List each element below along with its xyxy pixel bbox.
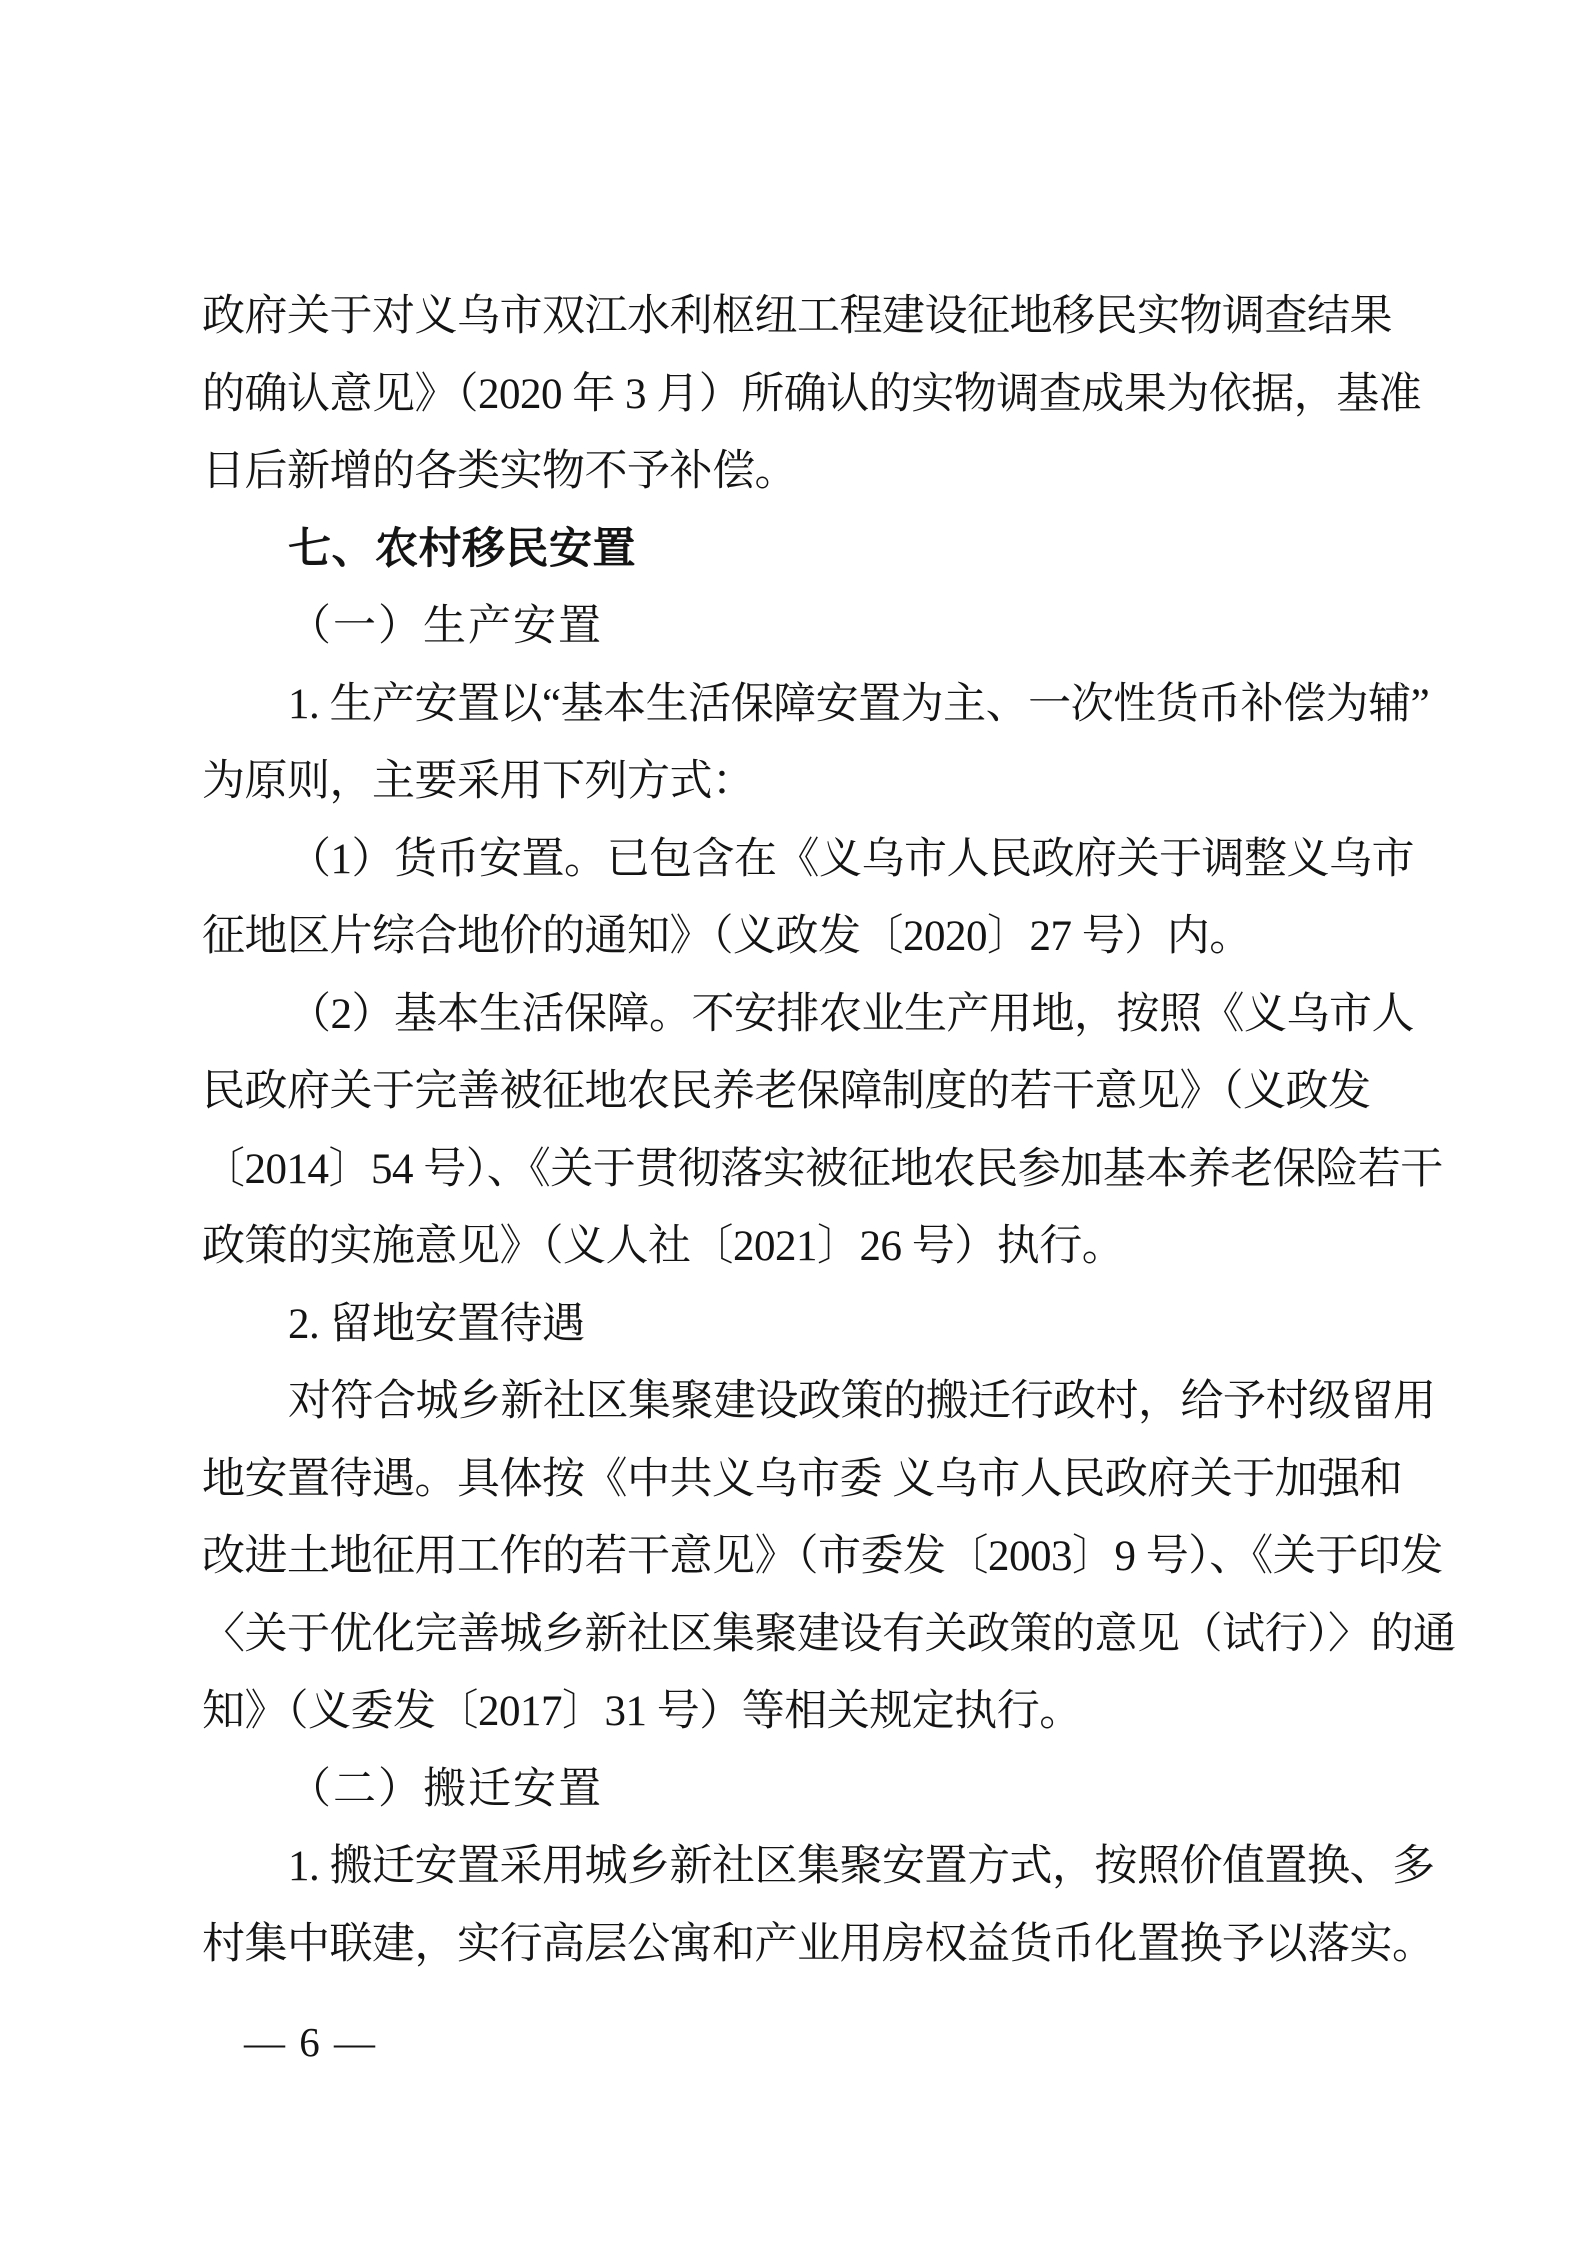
text-line: 政策的实施意见》（义人社〔2021〕26 号）执行。 — [202, 1208, 1402, 1286]
text-line: 的确认意见》（2020 年 3 月）所确认的实物调查成果为依据，基准 — [202, 356, 1402, 434]
text-line: 征地区片综合地价的通知》（义政发〔2020〕27 号）内。 — [202, 898, 1402, 976]
document-body: 政府关于对义乌市双江水利枢纽工程建设征地移民实物调查结果的确认意见》（2020 … — [202, 278, 1402, 1983]
text-line: 知》（义委发〔2017〕31 号）等相关规定执行。 — [202, 1673, 1402, 1751]
text-line: 对符合城乡新社区集聚建设政策的搬迁行政村，给予村级留用 — [202, 1363, 1402, 1441]
subsection-heading: （一）生产安置 — [202, 588, 1402, 666]
page-number: — 6 — — [244, 2012, 377, 2072]
text-line: 村集中联建，实行高层公寓和产业用房权益货币化置换予以落实。 — [202, 1906, 1402, 1984]
text-line: 〈关于优化完善城乡新社区集聚建设有关政策的意见（试行）〉的通 — [202, 1596, 1402, 1674]
text-line: 日后新增的各类实物不予补偿。 — [202, 433, 1402, 511]
text-line: 地安置待遇。具体按《中共义乌市委 义乌市人民政府关于加强和 — [202, 1441, 1402, 1519]
section-heading: 七、农村移民安置 — [202, 511, 1402, 589]
text-line: 民政府关于完善被征地农民养老保障制度的若干意见》（义政发 — [202, 1053, 1402, 1131]
text-line: 2. 留地安置待遇 — [202, 1286, 1402, 1364]
text-line: 1. 搬迁安置采用城乡新社区集聚安置方式，按照价值置换、多 — [202, 1828, 1402, 1906]
subsection-heading: （二）搬迁安置 — [202, 1751, 1402, 1829]
document-page: 政府关于对义乌市双江水利枢纽工程建设征地移民实物调查结果的确认意见》（2020 … — [0, 0, 1587, 2245]
text-line: 政府关于对义乌市双江水利枢纽工程建设征地移民实物调查结果 — [202, 278, 1402, 356]
text-line: 〔2014〕54 号）、《关于贯彻落实被征地农民参加基本养老保险若干 — [202, 1131, 1402, 1209]
text-line: 改进土地征用工作的若干意见》（市委发〔2003〕9 号）、《关于印发 — [202, 1518, 1402, 1596]
text-line: （1）货币安置。已包含在《义乌市人民政府关于调整义乌市 — [202, 821, 1402, 899]
text-line: 1. 生产安置以“基本生活保障安置为主、一次性货币补偿为辅” — [202, 666, 1402, 744]
text-line: （2）基本生活保障。不安排农业生产用地，按照《义乌市人 — [202, 976, 1402, 1054]
text-line: 为原则，主要采用下列方式： — [202, 743, 1402, 821]
